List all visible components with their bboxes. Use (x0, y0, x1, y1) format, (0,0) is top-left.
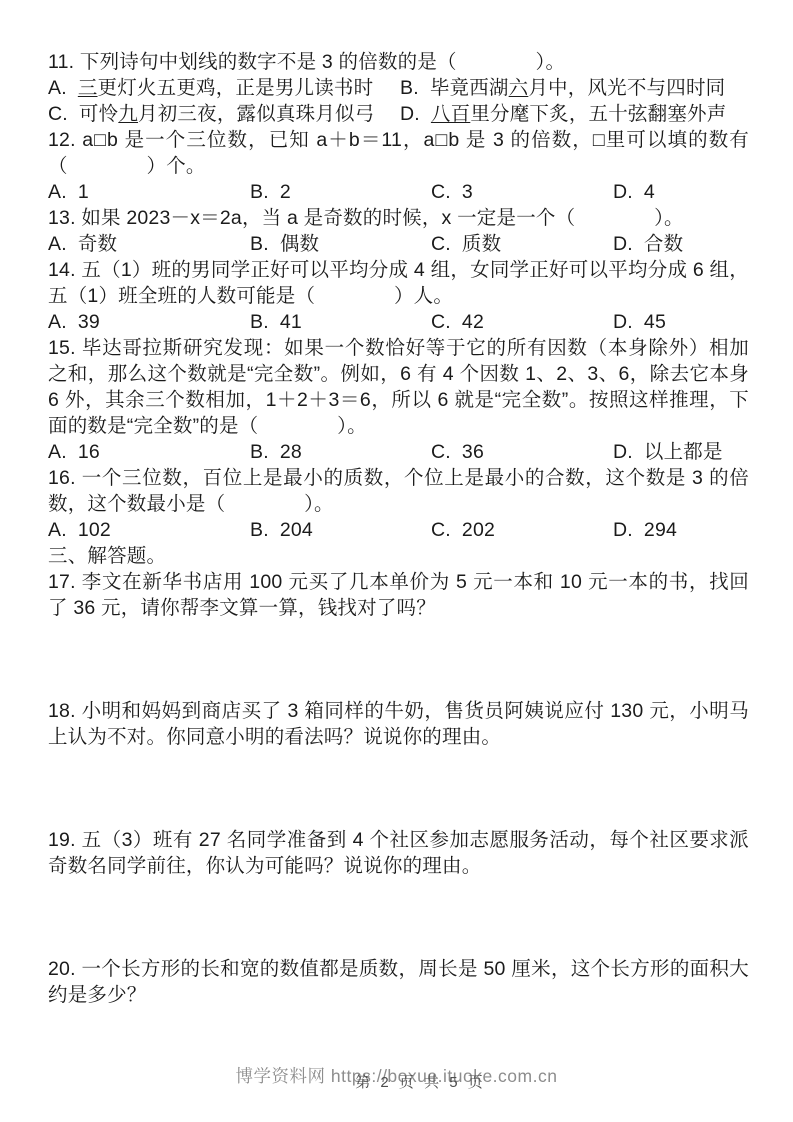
question-15-option-a: A.16 (48, 439, 250, 465)
question-12-options: A.1 B.2 C.3 D.4 (48, 179, 749, 205)
question-13-option-b: B.偶数 (250, 231, 431, 257)
option-text: 可怜 (79, 103, 118, 125)
answer-space (48, 621, 749, 698)
question-14-option-c: C.42 (431, 309, 613, 335)
question-16-stem: 16. 一个三位数，百位上是最小的质数，个位上是最小的合数，这个数是 3 的倍数… (48, 465, 749, 517)
option-text: 月中，风光不与四时同 (528, 77, 725, 99)
section-3-title: 三、解答题。 (48, 543, 749, 569)
question-11-stem: 11. 下列诗句中划线的数字不是 3 的倍数的是（ ）。 (48, 49, 749, 75)
question-11-option-a: A.三更灯火五更鸡，正是男儿读书时 (48, 75, 400, 101)
option-text: 102 (78, 519, 111, 541)
option-text: 3 (462, 181, 473, 203)
option-label: C. (431, 233, 451, 255)
question-16-option-c: C.202 (431, 517, 613, 543)
question-16-options: A.102 B.204 C.202 D.294 (48, 517, 749, 543)
question-11: 11. 下列诗句中划线的数字不是 3 的倍数的是（ ）。 A.三更灯火五更鸡，正… (48, 49, 749, 127)
option-label: C. (48, 103, 68, 125)
question-13-option-d: D.合数 (613, 231, 749, 257)
option-text: 4 (644, 181, 655, 203)
page-footer: 博学资料网 https://boxue.ituoke.com.cn 第 2 页 … (0, 1063, 793, 1103)
page-indicator: 第 2 页 共 5 页 (355, 1071, 486, 1092)
option-label: D. (613, 519, 633, 541)
question-16-option-b: B.204 (250, 517, 431, 543)
question-14-option-d: D.45 (613, 309, 749, 335)
option-label: D. (613, 233, 633, 255)
question-15-option-b: B.28 (250, 439, 431, 465)
question-13-option-a: A.奇数 (48, 231, 250, 257)
option-text: 里分麾下炙，五十弦翻塞外声 (470, 103, 726, 125)
option-label: B. (250, 519, 269, 541)
option-label: B. (250, 181, 269, 203)
underlined-digit: 三 (78, 77, 98, 99)
option-text: 41 (280, 311, 302, 333)
option-text: 28 (280, 441, 302, 463)
question-12-option-d: D.4 (613, 179, 749, 205)
option-label: C. (431, 181, 451, 203)
question-19: 19. 五（3）班有 27 名同学准备到 4 个社区参加志愿服务活动，每个社区要… (48, 827, 749, 956)
option-text: 偶数 (280, 233, 319, 255)
option-label: B. (400, 77, 419, 99)
underlined-digit: 九 (118, 103, 138, 125)
question-19-stem: 19. 五（3）班有 27 名同学准备到 4 个社区参加志愿服务活动，每个社区要… (48, 827, 749, 879)
question-14-options: A.39 B.41 C.42 D.45 (48, 309, 749, 335)
option-text: 合数 (644, 233, 683, 255)
question-15-option-c: C.36 (431, 439, 613, 465)
answer-space (48, 750, 749, 827)
question-11-option-d: D.八百里分麾下炙，五十弦翻塞外声 (400, 101, 749, 127)
option-label: D. (613, 181, 633, 203)
question-18-stem: 18. 小明和妈妈到商店买了 3 箱同样的牛奶，售货员阿姨说应付 130 元，小… (48, 698, 749, 750)
option-text: 2 (280, 181, 291, 203)
option-label: B. (250, 311, 269, 333)
question-12-stem: 12. a□b 是一个三位数，已知 a＋b＝11，a□b 是 3 的倍数，□里可… (48, 127, 749, 179)
question-13-stem: 13. 如果 2023－x＝2a，当 a 是奇数的时候，x 一定是一个（ ）。 (48, 205, 749, 231)
option-text: 质数 (462, 233, 501, 255)
option-label: A. (48, 77, 67, 99)
option-text: 204 (280, 519, 313, 541)
option-text: 39 (78, 311, 100, 333)
question-12: 12. a□b 是一个三位数，已知 a＋b＝11，a□b 是 3 的倍数，□里可… (48, 127, 749, 205)
question-20-stem: 20. 一个长方形的长和宽的数值都是质数，周长是 50 厘米，这个长方形的面积大… (48, 956, 749, 1008)
question-16-option-a: A.102 (48, 517, 250, 543)
question-14: 14. 五（1）班的男同学正好可以平均分成 4 组，女同学正好可以平均分成 6 … (48, 257, 749, 335)
option-text: 奇数 (78, 233, 117, 255)
underlined-digit: 六 (509, 77, 529, 99)
option-label: D. (400, 103, 420, 125)
option-text: 294 (644, 519, 677, 541)
option-label: D. (613, 311, 633, 333)
answer-space (48, 879, 749, 956)
option-label: B. (250, 233, 269, 255)
question-15-option-d: D.以上都是 (613, 439, 749, 465)
question-18: 18. 小明和妈妈到商店买了 3 箱同样的牛奶，售货员阿姨说应付 130 元，小… (48, 698, 749, 827)
question-16: 16. 一个三位数，百位上是最小的质数，个位上是最小的合数，这个数是 3 的倍数… (48, 465, 749, 543)
option-label: C. (431, 311, 451, 333)
option-text: 42 (462, 311, 484, 333)
question-12-option-b: B.2 (250, 179, 431, 205)
question-13-options: A.奇数 B.偶数 C.质数 D.合数 (48, 231, 749, 257)
exam-page: 11. 下列诗句中划线的数字不是 3 的倍数的是（ ）。 A.三更灯火五更鸡，正… (0, 0, 793, 1122)
question-12-option-a: A.1 (48, 179, 250, 205)
question-14-option-a: A.39 (48, 309, 250, 335)
question-14-stem: 14. 五（1）班的男同学正好可以平均分成 4 组，女同学正好可以平均分成 6 … (48, 257, 749, 309)
option-text: 更灯火五更鸡，正是男儿读书时 (98, 77, 374, 99)
option-text: 月初三夜，露似真珠月似弓 (138, 103, 374, 125)
option-text: 16 (78, 441, 100, 463)
question-14-option-b: B.41 (250, 309, 431, 335)
question-12-option-c: C.3 (431, 179, 613, 205)
question-11-options: A.三更灯火五更鸡，正是男儿读书时 B.毕竟西湖六月中，风光不与四时同 C.可怜… (48, 75, 749, 127)
option-text: 202 (462, 519, 495, 541)
question-11-option-b: B.毕竟西湖六月中，风光不与四时同 (400, 75, 749, 101)
question-13-option-c: C.质数 (431, 231, 613, 257)
exam-content: 11. 下列诗句中划线的数字不是 3 的倍数的是（ ）。 A.三更灯火五更鸡，正… (48, 49, 749, 1008)
question-15-stem: 15. 毕达哥拉斯研究发现：如果一个数恰好等于它的所有因数（本身除外）相加之和，… (48, 335, 749, 439)
question-13: 13. 如果 2023－x＝2a，当 a 是奇数的时候，x 一定是一个（ ）。 … (48, 205, 749, 257)
option-label: A. (48, 311, 67, 333)
option-text: 45 (644, 311, 666, 333)
option-text: 36 (462, 441, 484, 463)
option-label: A. (48, 519, 67, 541)
underlined-digit: 八百 (431, 103, 470, 125)
option-text: 1 (78, 181, 89, 203)
option-label: D. (613, 441, 633, 463)
option-label: A. (48, 181, 67, 203)
question-17-stem: 17. 李文在新华书店用 100 元买了几本单价为 5 元一本和 10 元一本的… (48, 569, 749, 621)
question-15: 15. 毕达哥拉斯研究发现：如果一个数恰好等于它的所有因数（本身除外）相加之和，… (48, 335, 749, 465)
option-label: C. (431, 519, 451, 541)
option-text: 毕竟西湖 (430, 77, 509, 99)
option-label: A. (48, 441, 67, 463)
option-label: B. (250, 441, 269, 463)
option-text: 以上都是 (644, 441, 723, 463)
question-17: 17. 李文在新华书店用 100 元买了几本单价为 5 元一本和 10 元一本的… (48, 569, 749, 698)
question-16-option-d: D.294 (613, 517, 749, 543)
option-label: A. (48, 233, 67, 255)
question-15-options: A.16 B.28 C.36 D.以上都是 (48, 439, 749, 465)
option-label: C. (431, 441, 451, 463)
question-20: 20. 一个长方形的长和宽的数值都是质数，周长是 50 厘米，这个长方形的面积大… (48, 956, 749, 1008)
question-11-option-c: C.可怜九月初三夜，露似真珠月似弓 (48, 101, 400, 127)
